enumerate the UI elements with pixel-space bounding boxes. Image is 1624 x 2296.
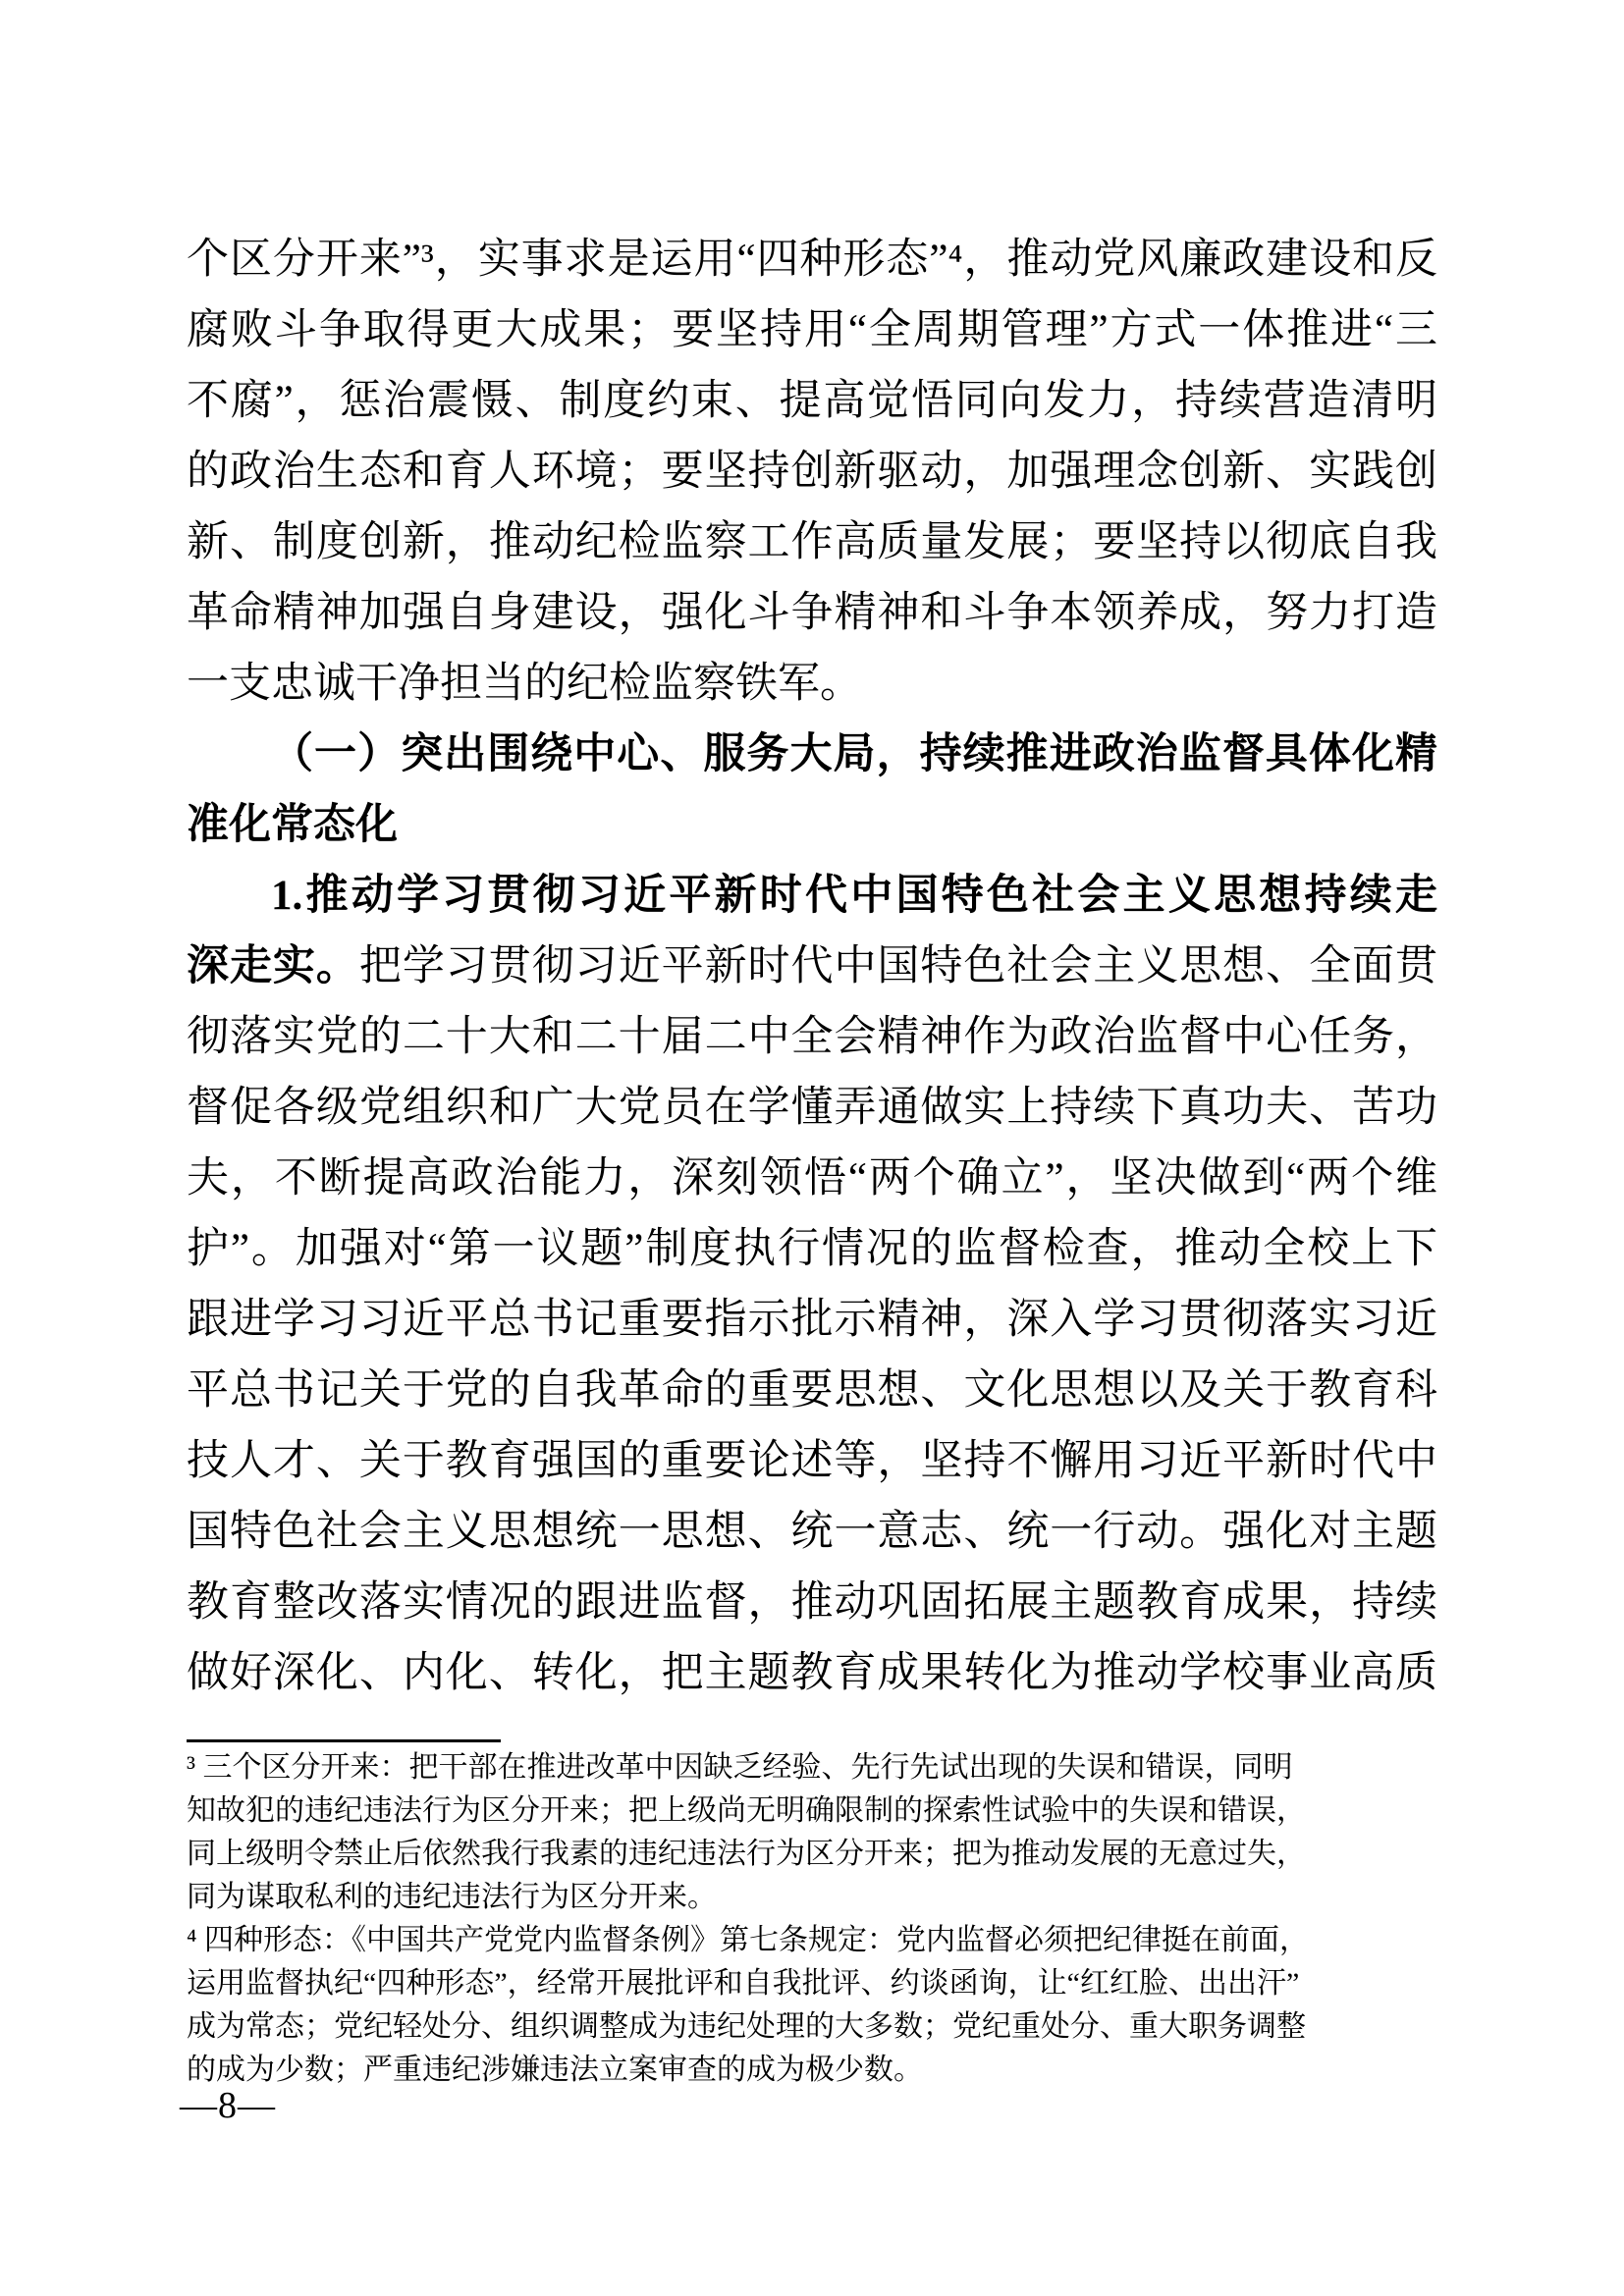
body-line: 国特色社会主义思想统一思想、统一意志、统一行动。强化对主题 (187, 1497, 1437, 1568)
footnote-line: ³ 三个区分开来：把干部在推进改革中因缺乏经验、先行先试出现的失误和错误，同明 (187, 1746, 1473, 1789)
body-text-bold-segment: 深走实。 (187, 943, 359, 989)
footnote-line: 同为谋取私利的违纪违法行为区分开来。 (187, 1876, 1473, 1919)
body-line: 1.推动学习贯彻习近平新时代中国特色社会主义思想持续走 (187, 861, 1437, 932)
body-line: 夫，不断提高政治能力，深刻领悟“两个确立”，坚决做到“两个维 (187, 1144, 1437, 1214)
body-text-segment: 不腐”，惩治震慑、制度约束、提高觉悟同向发力，持续营造清明 (187, 378, 1437, 424)
body-line: 技人才、关于教育强国的重要论述等，坚持不懈用习近平新时代中 (187, 1426, 1437, 1497)
body-text-segment: 技人才、关于教育强国的重要论述等，坚持不懈用习近平新时代中 (187, 1438, 1437, 1484)
footnote-line: ⁴ 四种形态：《中国共产党党内监督条例》第七条规定：党内监督必须把纪律挺在前面， (187, 1919, 1473, 1962)
body-line: 平总书记关于党的自我革命的重要思想、文化思想以及关于教育科 (187, 1356, 1437, 1426)
body-text-bold-segment: （一）突出围绕中心、服务大局，持续推进政治监督具体化精 (271, 731, 1437, 777)
body-text-segment: 跟进学习习近平总书记重要指示批示精神，深入学习贯彻落实习近 (187, 1297, 1437, 1343)
body-text-segment: 做好深化、内化、转化，把主题教育成果转化为推动学校事业高质 (187, 1650, 1437, 1696)
body-line: 做好深化、内化、转化，把主题教育成果转化为推动学校事业高质 (187, 1638, 1437, 1709)
body-line: 教育整改落实情况的跟进监督，推动巩固拓展主题教育成果，持续 (187, 1568, 1437, 1638)
body-line: 督促各级党组织和广大党员在学懂弄通做实上持续下真功夫、苦功 (187, 1073, 1437, 1144)
footnote-line: 运用监督执纪“四种形态”，经常开展批评和自我批评、约谈函询，让“红红脸、出出汗” (187, 1962, 1473, 2005)
body-line: 新、制度创新，推动纪检监察工作高质量发展；要坚持以彻底自我 (187, 507, 1437, 578)
body-text-segment: 彻落实党的二十大和二十届二中全会精神作为政治监督中心任务， (187, 1014, 1437, 1060)
footnote-line: 的成为少数；严重违纪涉嫌违法立案审查的成为极少数。 (187, 2049, 1473, 2092)
page-number: —8— (180, 2085, 276, 2126)
body-text-segment: 革命精神加强自身建设，强化斗争精神和斗争本领养成，努力打造 (187, 590, 1437, 636)
body-text-segment: 新、制度创新，推动纪检监察工作高质量发展；要坚持以彻底自我 (187, 519, 1437, 565)
body-line: 一支忠诚干净担当的纪检监察铁军。 (187, 649, 1437, 720)
body-line: 彻落实党的二十大和二十届二中全会精神作为政治监督中心任务， (187, 1002, 1437, 1073)
body-text-segment: 个区分开来”³，实事求是运用“四种形态”⁴，推动党风廉政建设和反 (187, 237, 1437, 283)
body-text-bold-segment: 1.推动学习贯彻习近平新时代中国特色社会主义思想持续走 (271, 873, 1437, 919)
footnotes: ³ 三个区分开来：把干部在推进改革中因缺乏经验、先行先试出现的失误和错误，同明知… (187, 1746, 1473, 2092)
body-text-segment: 的政治生态和育人环境；要坚持创新驱动，加强理念创新、实践创 (187, 449, 1437, 495)
body-line: 革命精神加强自身建设，强化斗争精神和斗争本领养成，努力打造 (187, 578, 1437, 649)
footnote-separator (187, 1739, 501, 1742)
body-line: 深走实。把学习贯彻习近平新时代中国特色社会主义思想、全面贯 (187, 932, 1437, 1002)
body-text-segment: 把学习贯彻习近平新时代中国特色社会主义思想、全面贯 (359, 943, 1437, 989)
body-text-segment: 一支忠诚干净担当的纪检监察铁军。 (187, 661, 862, 707)
body-text-segment: 国特色社会主义思想统一思想、统一意志、统一行动。强化对主题 (187, 1509, 1437, 1555)
body-text: 个区分开来”³，实事求是运用“四种形态”⁴，推动党风廉政建设和反腐败斗争取得更大… (187, 225, 1437, 1709)
body-line: 护”。加强对“第一议题”制度执行情况的监督检查，推动全校上下 (187, 1214, 1437, 1285)
body-text-segment: 教育整改落实情况的跟进监督，推动巩固拓展主题教育成果，持续 (187, 1579, 1437, 1626)
body-text-segment: 夫，不断提高政治能力，深刻领悟“两个确立”，坚决做到“两个维 (187, 1155, 1437, 1201)
body-line: （一）突出围绕中心、服务大局，持续推进政治监督具体化精 (187, 720, 1437, 790)
body-line: 准化常态化 (187, 790, 1437, 861)
body-line: 跟进学习习近平总书记重要指示批示精神，深入学习贯彻落实习近 (187, 1285, 1437, 1356)
footnote-line: 成为常态；党纪轻处分、组织调整成为违纪处理的大多数；党纪重处分、重大职务调整 (187, 2005, 1473, 2049)
body-text-segment: 护”。加强对“第一议题”制度执行情况的监督检查，推动全校上下 (187, 1226, 1437, 1272)
body-line: 个区分开来”³，实事求是运用“四种形态”⁴，推动党风廉政建设和反 (187, 225, 1437, 295)
footnote-line: 知故犯的违纪违法行为区分开来；把上级尚无明确限制的探索性试验中的失误和错误， (187, 1789, 1473, 1833)
body-text-segment: 督促各级党组织和广大党员在学懂弄通做实上持续下真功夫、苦功 (187, 1085, 1437, 1131)
body-text-segment: 腐败斗争取得更大成果；要坚持用“全周期管理”方式一体推进“三 (187, 307, 1437, 353)
body-line: 腐败斗争取得更大成果；要坚持用“全周期管理”方式一体推进“三 (187, 295, 1437, 366)
body-text-segment: 平总书记关于党的自我革命的重要思想、文化思想以及关于教育科 (187, 1367, 1437, 1414)
body-text-bold-segment: 准化常态化 (187, 802, 398, 848)
document-page: 个区分开来”³，实事求是运用“四种形态”⁴，推动党风廉政建设和反腐败斗争取得更大… (0, 0, 1624, 2296)
body-line: 的政治生态和育人环境；要坚持创新驱动，加强理念创新、实践创 (187, 437, 1437, 507)
body-line: 不腐”，惩治震慑、制度约束、提高觉悟同向发力，持续营造清明 (187, 366, 1437, 437)
footnote-line: 同上级明令禁止后依然我行我素的违纪违法行为区分开来；把为推动发展的无意过失， (187, 1833, 1473, 1876)
